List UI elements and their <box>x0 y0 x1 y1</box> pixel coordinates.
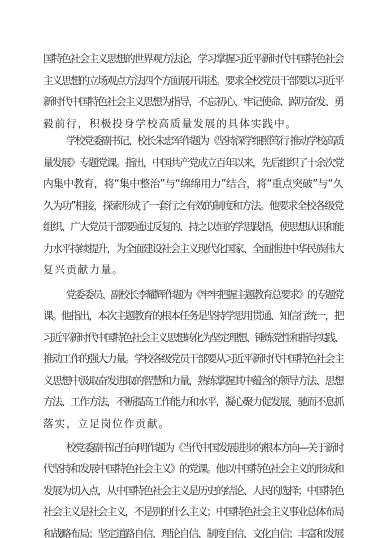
text-line: 国特色社会主义思想的世界观方法论，学习掌握习近平新时代中国特色社会 <box>43 52 343 66</box>
text-line: 发展为切入点，从中国特色社会主义是历史的结论、人民的选择；中国特色 <box>43 484 343 498</box>
text-line: 量发展》专题党课。指出，中国共产党成立百年以来，先后组织了十余次党 <box>43 156 343 170</box>
text-line: 和战略布局；坚定道路自信、理论自信、制度自信、文化自信；丰富和发展 <box>43 527 343 538</box>
text-line: 社会主义是社会主义，不是别的什么主义；中国特色社会主义事业总体布局 <box>43 505 343 519</box>
text-line: 内集中教育，将“集中整治”与“绵绵用力”结合，将“重点突破”与“久 <box>43 177 343 191</box>
text-line: 主义思想的立场观点方法四个方面展开讲述。要求全校党员干部要以习近平 <box>43 74 343 88</box>
text-line: 课。他指出，本次主题教育的根本任务是坚持学思用贯通、知信行统一，把 <box>43 309 343 323</box>
text-line: 复兴贡献力量。 <box>43 263 343 277</box>
text-line: 力水平持续提升，为全面建设社会主义现代化国家、全面推进中华民族伟大 <box>43 242 343 256</box>
text-line: 组织、广大党员干部要通过反复的、持之以恒的学思践悟，使思想认识和能 <box>43 220 343 234</box>
text-line: 校党委副书记任向明作题为《当代中国发展进步的根本方向—关于新时 <box>66 441 343 455</box>
text-line: 久为功”相接，探索形成了一套行之有效的制度和方法。他要求全校各级党 <box>43 199 343 213</box>
text-line: 代坚持和发展中国特色社会主义》的党课。他以中国特色社会主义的形成和 <box>43 462 343 476</box>
text-line: 习近平新时代中国特色社会主义思想转化为坚定理想、锤炼党性和指导实践、 <box>43 331 343 345</box>
text-line: 义思想中汲取奋发进取的智慧和力量，熟练掌握其中蕴含的领导方法、思想 <box>43 374 343 388</box>
text-line: 学校党委副书记、校长朱忠军作题为《坚持深学细照笃行 推动学校高质 <box>66 134 343 148</box>
text-line: 方法、工作方法，不断提高工作能力和水平，凝心聚力促发展，驰而不息抓 <box>43 395 343 409</box>
text-line: 推动工作的强大力量。学校各级党员干部要从习近平新时代中国特色社会主 <box>43 352 343 366</box>
document-page: 国特色社会主义思想的世界观方法论，学习掌握习近平新时代中国特色社会主义思想的立场… <box>0 0 386 538</box>
text-line: 党委委员、副校长李耀辉作题为《牢牢把握主题教育总要求》的专题党 <box>66 288 343 302</box>
text-line: 落实，立足岗位作贡献。 <box>43 417 343 431</box>
text-line: 新时代中国特色社会主义思想为指导，不忘初心、牢记使命、踔厉奋发、勇 <box>43 95 343 109</box>
text-line: 毅前行，积极投身学校高质量发展的具体实践中。 <box>43 117 343 131</box>
